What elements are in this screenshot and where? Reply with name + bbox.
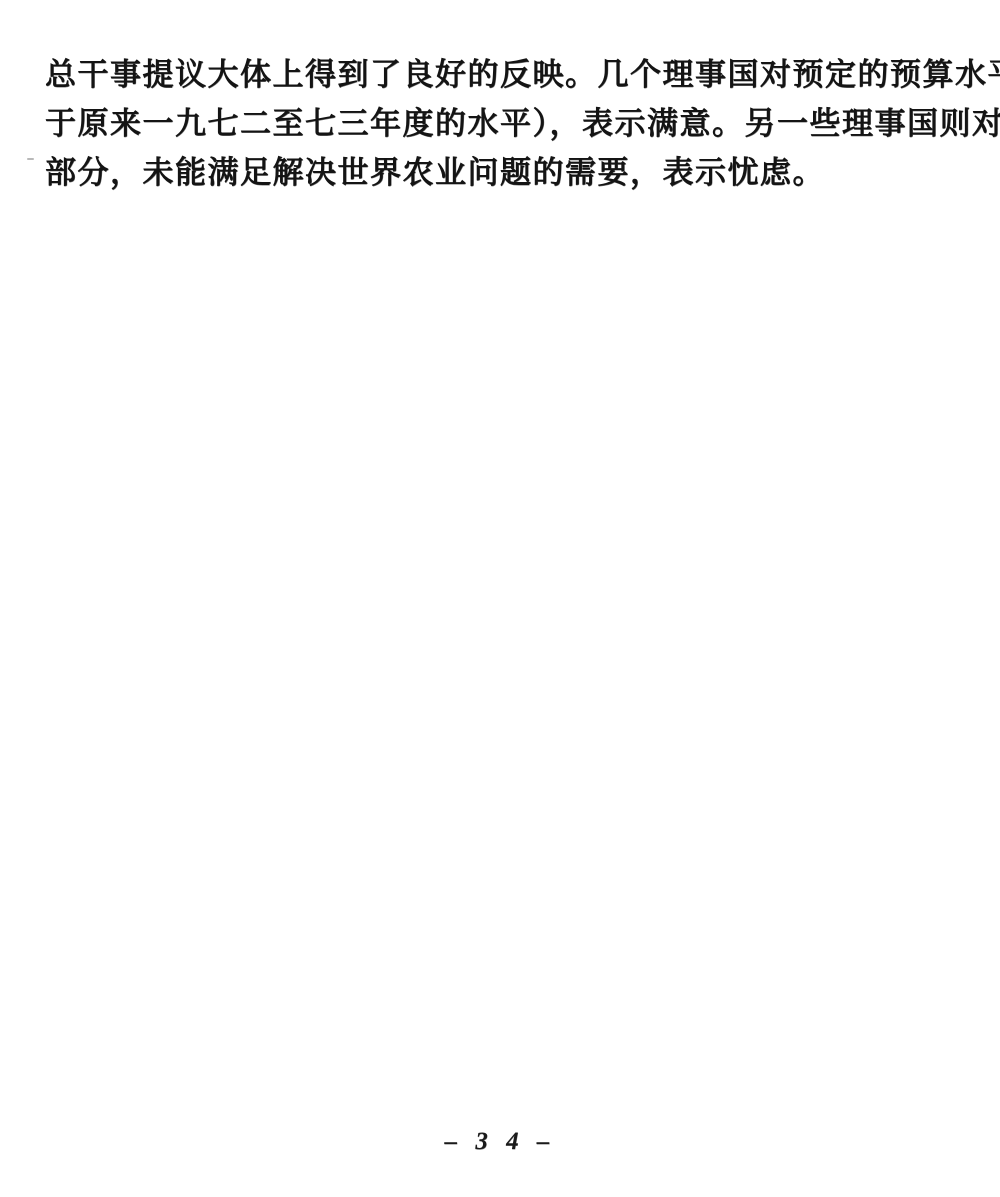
page-number: – 3 4 –	[0, 1128, 1000, 1156]
document-page: 总干事提议大体上得到了良好的反映。几个理事国对预定的预算水平 （ 大致 相当 于…	[0, 0, 1000, 1197]
paragraph-line: 部分，未能满足解决世界农业问题的需要，表示忧虑。	[45, 148, 970, 197]
paragraph: 总干事提议大体上得到了良好的反映。几个理事国对预定的预算水平 （ 大致 相当 于…	[45, 50, 970, 197]
scan-artifact-speck	[27, 158, 34, 160]
paragraph-line: 总干事提议大体上得到了良好的反映。几个理事国对预定的预算水平 （ 大致 相当	[45, 50, 970, 99]
paragraph-line: 于原来一九七二至七三年度的水平），表示满意。另一些理事国则对工作计划的增加	[45, 99, 970, 148]
